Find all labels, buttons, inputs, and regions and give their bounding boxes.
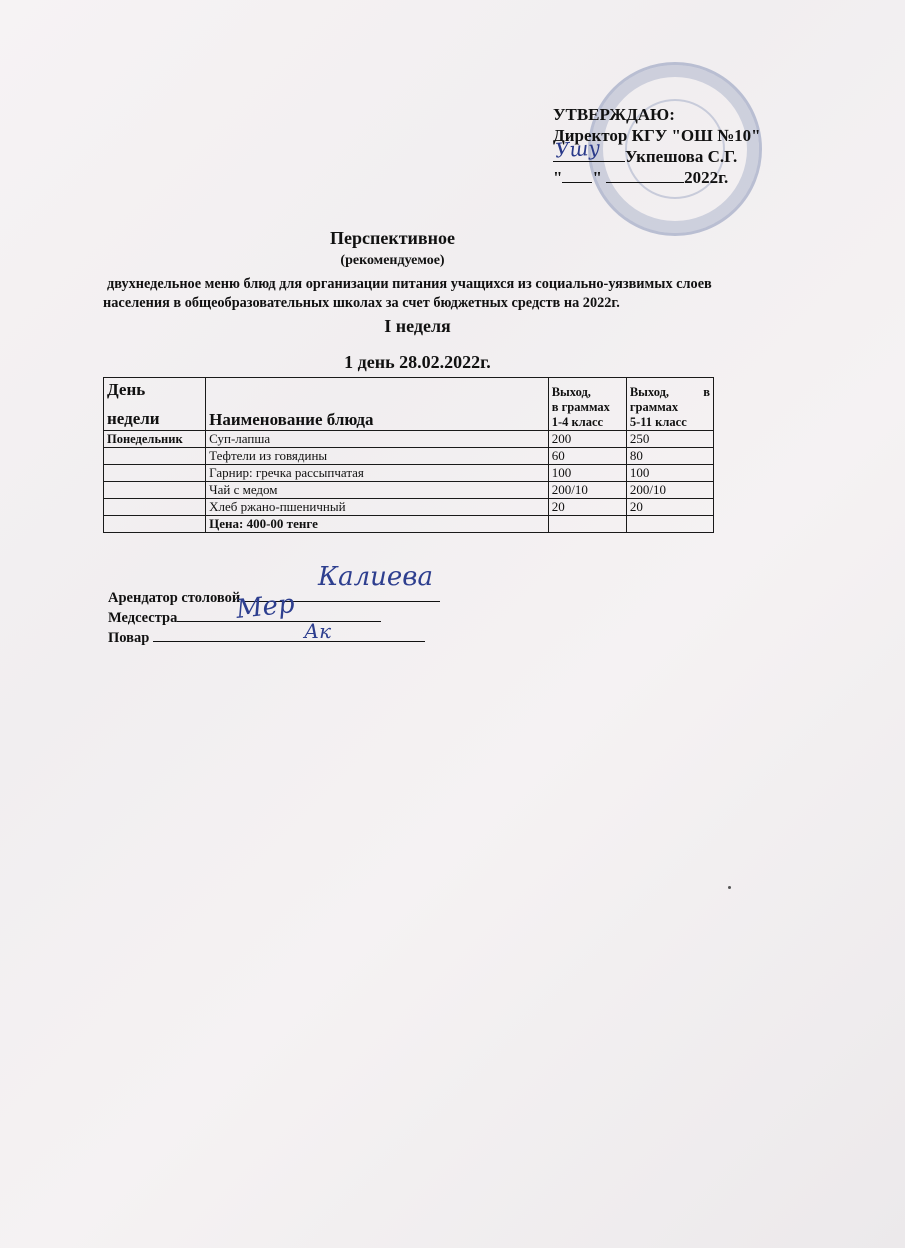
date-month-blank bbox=[606, 168, 684, 183]
table-header-row: День недели Наименование блюда Выход, в … bbox=[104, 378, 714, 431]
cell-dish: Тефтели из говядины bbox=[206, 448, 549, 465]
cell-portion-5-11: 100 bbox=[626, 465, 713, 482]
document-page: УТВЕРЖДАЮ: Директор КГУ "ОШ №10" УшуУкпе… bbox=[0, 0, 905, 1248]
cell-portion-1-4: 100 bbox=[548, 465, 626, 482]
director-signature: Ушу bbox=[554, 137, 600, 161]
approval-year: 2022г. bbox=[684, 168, 728, 187]
approval-date-line: "" 2022г. bbox=[553, 167, 761, 188]
nurse-label: Медсестра bbox=[108, 610, 177, 626]
document-subtitle: (рекомендуемое) bbox=[0, 253, 905, 269]
director-signature-line: Ушу bbox=[553, 147, 625, 162]
cell-day bbox=[104, 482, 206, 499]
tenant-label: Арендатор столовой bbox=[108, 590, 240, 606]
column-header-day: День недели bbox=[104, 378, 206, 431]
cell-portion-1-4: 60 bbox=[548, 448, 626, 465]
cook-signature-row: Повар Ак bbox=[108, 628, 440, 648]
cell-day bbox=[104, 465, 206, 482]
date-quote-close: " bbox=[592, 168, 601, 187]
paper-speck bbox=[728, 886, 731, 889]
date-quote-open: " bbox=[553, 168, 562, 187]
cell-empty bbox=[548, 516, 626, 533]
cell-portion-5-11: 80 bbox=[626, 448, 713, 465]
director-name: Укпешова С.Г. bbox=[625, 147, 737, 166]
cell-dish: Гарнир: гречка рассыпчатая bbox=[206, 465, 549, 482]
cell-empty bbox=[626, 516, 713, 533]
table-row: Понедельник Суп-лапша 200 250 bbox=[104, 431, 714, 448]
price-row: Цена: 400-00 тенге bbox=[104, 516, 714, 533]
cell-dish: Хлеб ржано-пшеничный bbox=[206, 499, 549, 516]
column-header-portion-1-4: Выход, в граммах 1-4 класс bbox=[548, 378, 626, 431]
table-row: Чай с медом 200/10 200/10 bbox=[104, 482, 714, 499]
cell-portion-1-4: 200/10 bbox=[548, 482, 626, 499]
cell-day: Понедельник bbox=[104, 431, 206, 448]
description-line-2: населения в общеобразовательных школах з… bbox=[103, 294, 823, 313]
day-heading: 1 день 28.02.2022г. bbox=[0, 352, 905, 373]
description-line-1: двухнедельное меню блюд для организации … bbox=[103, 275, 823, 294]
column-header-portion-5-11: Выход,в граммах 5-11 класс bbox=[626, 378, 713, 431]
column-header-dish: Наименование блюда bbox=[206, 378, 549, 431]
cook-signature: Ак bbox=[304, 622, 331, 641]
cell-day bbox=[104, 448, 206, 465]
cell-dish: Суп-лапша bbox=[206, 431, 549, 448]
cell-portion-1-4: 20 bbox=[548, 499, 626, 516]
nurse-signature-row: Медсестра Мер bbox=[108, 608, 440, 628]
price-cell: Цена: 400-00 тенге bbox=[206, 516, 549, 533]
cell-empty bbox=[104, 516, 206, 533]
cell-day bbox=[104, 499, 206, 516]
date-day-blank bbox=[562, 168, 592, 183]
table-row: Тефтели из говядины 60 80 bbox=[104, 448, 714, 465]
cell-portion-5-11: 20 bbox=[626, 499, 713, 516]
approval-heading: УТВЕРЖДАЮ: bbox=[553, 104, 761, 125]
tenant-signature: Калиева bbox=[318, 568, 433, 587]
approval-block: УТВЕРЖДАЮ: Директор КГУ "ОШ №10" УшуУкпе… bbox=[553, 104, 761, 188]
table-row: Хлеб ржано-пшеничный 20 20 bbox=[104, 499, 714, 516]
cook-label: Повар bbox=[108, 630, 149, 646]
cook-signature-line bbox=[153, 628, 425, 642]
cell-portion-5-11: 200/10 bbox=[626, 482, 713, 499]
table-row: Гарнир: гречка рассыпчатая 100 100 bbox=[104, 465, 714, 482]
cell-portion-1-4: 200 bbox=[548, 431, 626, 448]
cell-portion-5-11: 250 bbox=[626, 431, 713, 448]
document-title: Перспективное bbox=[0, 228, 905, 249]
cell-dish: Чай с медом bbox=[206, 482, 549, 499]
signatures-block: Арендатор столовой Калиева Медсестра Мер… bbox=[108, 588, 440, 648]
week-heading: I неделя bbox=[0, 316, 905, 337]
menu-table: День недели Наименование блюда Выход, в … bbox=[103, 377, 714, 533]
nurse-signature: Мер bbox=[235, 595, 295, 620]
document-description: двухнедельное меню блюд для организации … bbox=[103, 275, 823, 313]
approval-name-line: УшуУкпешова С.Г. bbox=[553, 146, 761, 167]
